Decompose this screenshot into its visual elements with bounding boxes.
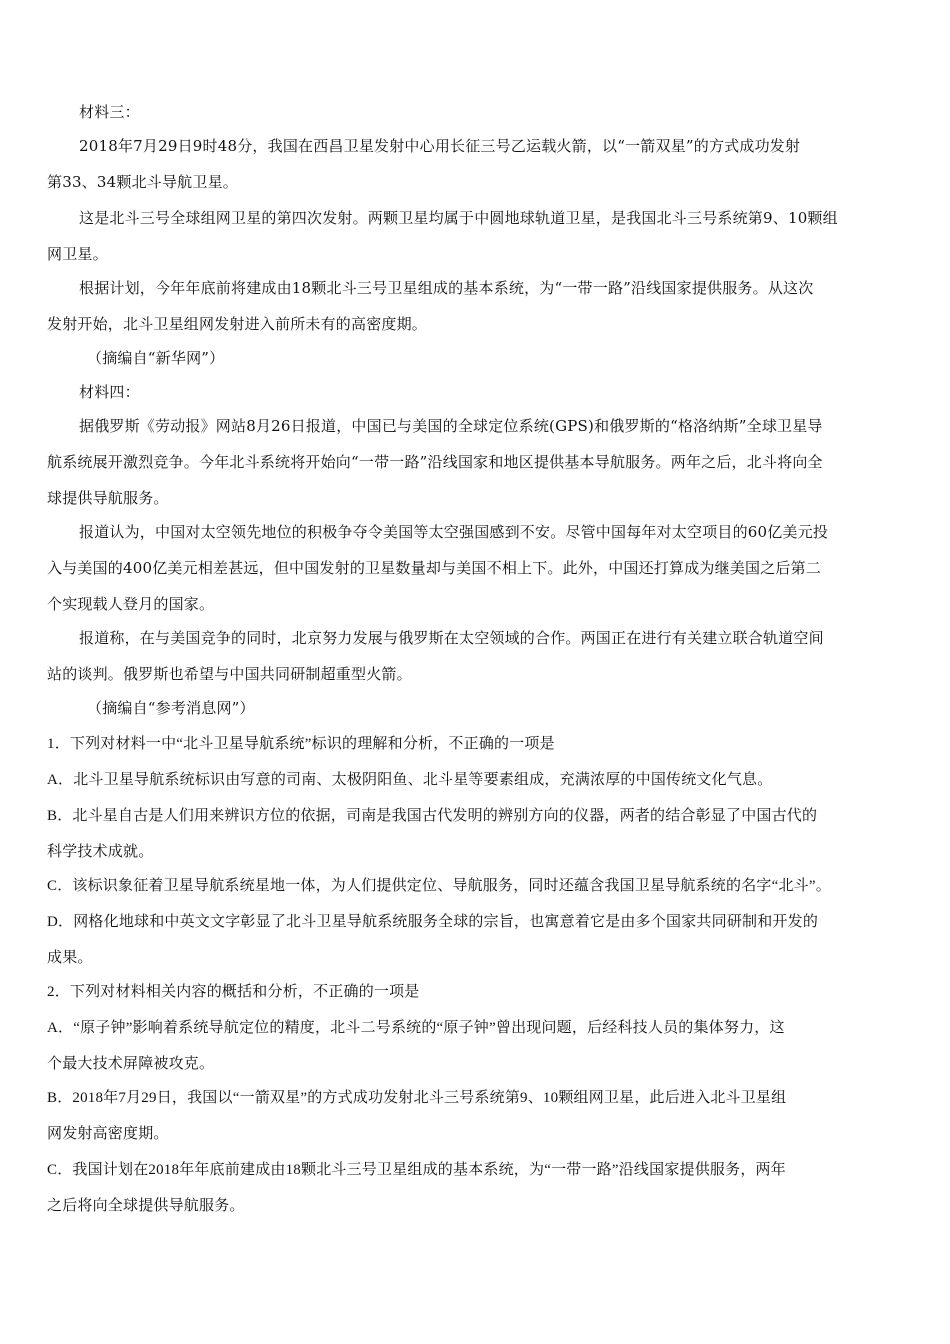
material4-paragraph: 报道认为，中国对太空领先地位的积极争夺令美国等太空强国感到不安。尽管中国每年对太… — [79, 522, 828, 542]
material3-paragraph: 网卫星。 — [47, 244, 108, 264]
question2-option-c: C．我国计划在2018年年底前建成由18颗北斗三号卫星组成的基本系统，为“一带一… — [47, 1160, 786, 1180]
question1-option-d: 成果。 — [47, 948, 93, 968]
question1-option-d: D．网格化地球和中英文文字彰显了北斗卫星导航系统服务全球的宗旨，也寓意着它是由多… — [47, 912, 818, 932]
material4-heading: 材料四： — [79, 382, 140, 402]
question2-option-a: A．“原子钟”影响着系统导航定位的精度，北斗二号系统的“原子钟”曾出现问题，后经… — [47, 1018, 785, 1038]
material4-paragraph: 站的谈判。俄罗斯也希望与中国共同研制超重型火箭。 — [47, 664, 412, 684]
question1-option-b: B．北斗星自古是人们用来辨识方位的依据，司南是我国古代发明的辨别方向的仪器，两者… — [47, 806, 817, 826]
question1-stem: 1．下列对材料一中“北斗卫星导航系统”标识的理解和分析，不正确的一项是 — [47, 734, 555, 754]
question2-option-b: 网发射高密度期。 — [47, 1124, 169, 1144]
question2-option-a: 个最大技术屏障被攻克。 — [47, 1054, 214, 1074]
material4-paragraph: 球提供导航服务。 — [47, 488, 169, 508]
material3-paragraph: 这是北斗三号全球组网卫星的第四次发射。两颗卫星均属于中圆地球轨道卫星，是我国北斗… — [79, 208, 838, 228]
question2-stem: 2．下列对材料相关内容的概括和分析，不正确的一项是 — [47, 982, 420, 1002]
question1-option-b: 科学技术成就。 — [47, 842, 153, 862]
material4-paragraph: 报道称，在与美国竞争的同时，北京努力发展与俄罗斯在太空领域的合作。两国正在进行有… — [79, 628, 824, 648]
material4-paragraph: 入与美国的400亿美元相差甚远，但中国发射的卫星数量却与美国不相上下。此外，中国… — [47, 558, 821, 578]
material4-source: （摘编自“参考消息网”） — [87, 698, 255, 718]
material3-paragraph: 第33、34颗北斗导航卫星。 — [47, 172, 238, 192]
material4-paragraph: 航系统展开激烈竞争。今年北斗系统将开始向“一带一路”沿线国家和地区提供基本导航服… — [47, 452, 823, 472]
material3-source: （摘编自“新华网”） — [87, 348, 224, 368]
question1-option-c: C．该标识象征着卫星导航系统星地一体，为人们提供定位、导航服务，同时还蕴含我国卫… — [47, 876, 831, 896]
material3-paragraph: 发射开始，北斗卫星组网发射进入前所未有的高密度期。 — [47, 314, 427, 334]
material3-heading: 材料三： — [79, 102, 140, 122]
material3-paragraph: 2018年7月29日9时48分，我国在西昌卫星发射中心用长征三号乙运载火箭，以“… — [79, 136, 800, 156]
question2-option-c: 之后将向全球提供导航服务。 — [47, 1196, 245, 1216]
question1-option-a: A．北斗卫星导航系统标识由写意的司南、太极阴阳鱼、北斗星等要素组成，充满浓厚的中… — [47, 770, 772, 790]
material4-paragraph: 据俄罗斯《劳动报》网站8月26日报道，中国已与美国的全球定位系统(GPS)和俄罗… — [79, 416, 823, 436]
material4-paragraph: 个实现载人登月的国家。 — [47, 594, 214, 614]
material3-paragraph: 根据计划，今年年底前将建成由18颗北斗三号卫星组成的基本系统，为“一带一路”沿线… — [79, 278, 813, 298]
question2-option-b: B．2018年7月29日，我国以“一箭双星”的方式成功发射北斗三号系统第9、10… — [47, 1088, 786, 1108]
